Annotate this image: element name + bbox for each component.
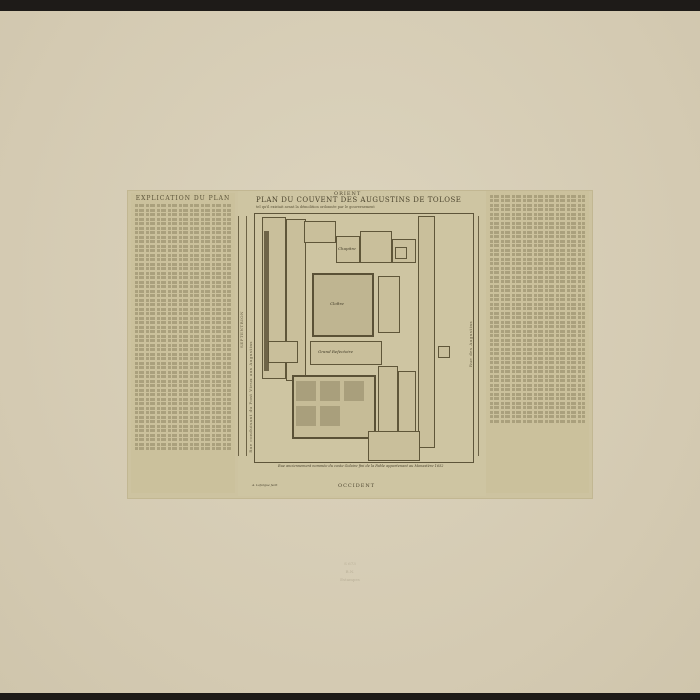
garden-bed-5 [320, 406, 340, 426]
label-refectory: Grand Refectoire [318, 349, 353, 354]
south-block [368, 431, 420, 461]
plan-title: PLAN DU COUVENT DES AUGUSTINS DE TOLOSE [256, 196, 461, 204]
south-wing [378, 366, 398, 433]
east-rooms [378, 276, 400, 333]
label-cloister: Cloître [330, 301, 344, 306]
mount-stamp-line-1: S 673 [320, 561, 380, 566]
east-corridor [418, 216, 435, 448]
room-north-1 [304, 221, 336, 243]
plan-sheet: EXPLICATION DU PLAN ORIENT PLAN DU CO [128, 191, 592, 498]
label-chapter: Chapitre [338, 246, 356, 251]
outlying-building [438, 346, 450, 358]
bottom-dark-border [0, 693, 700, 700]
room-north-2 [360, 231, 392, 263]
garden-bed-1 [296, 381, 316, 401]
legend-right-panel [486, 191, 589, 493]
bottom-caption: Rue anciennement nommée du coste Golaire… [278, 464, 444, 468]
left-street-label: Rue conduisant du Pont Vieux aux Augusti… [248, 341, 253, 453]
legend-right-text [486, 191, 589, 423]
top-dark-border [0, 0, 700, 11]
floor-plan: ORIENT PLAN DU COUVENT DES AUGUSTINS DE … [238, 191, 486, 496]
garden-bed-2 [320, 381, 340, 401]
garden-bed-3 [344, 381, 364, 401]
legend-text-block [131, 204, 235, 450]
plan-subtitle: tel qu'il existait avant la démolition o… [256, 205, 375, 209]
garden-bed-4 [296, 406, 316, 426]
engraver-signature: A. Lafargue fecit [252, 483, 278, 487]
legend-title: EXPLICATION DU PLAN [131, 195, 235, 202]
mount-stamp-line-2: B.N. [320, 569, 380, 574]
mount-board: EXPLICATION DU PLAN ORIENT PLAN DU CO [0, 11, 700, 693]
legend-left-panel: EXPLICATION DU PLAN [131, 193, 235, 493]
orient-label-left: SEPTENTRION [239, 311, 244, 348]
room-west-small [268, 341, 298, 363]
orient-label-bottom: OCCIDENT [338, 483, 375, 489]
mount-stamp-line-3: Estampes [320, 577, 380, 582]
south-wing-2 [398, 371, 416, 433]
room-small [395, 247, 407, 259]
